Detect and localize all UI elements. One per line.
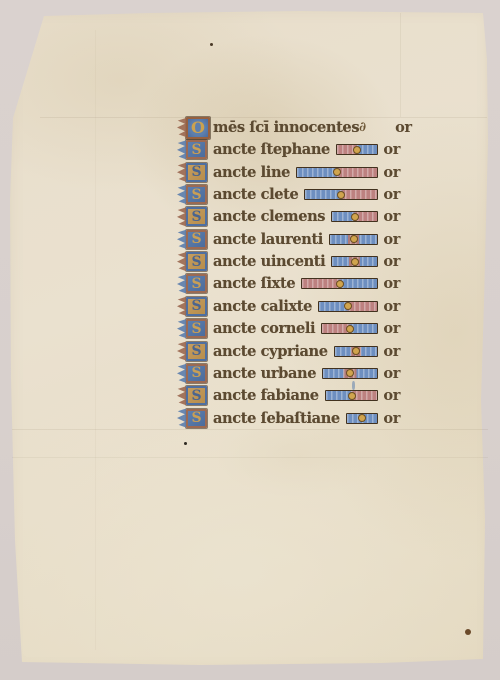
litany-line: S ancte clete or: [177, 184, 400, 205]
initial-letter: S: [191, 277, 201, 291]
or-abbreviation: or: [383, 387, 400, 404]
photo-mat-background: O mēs ſcī innocentes ∂ or S ancte ſtepha…: [0, 0, 500, 680]
illuminated-initial: S: [177, 252, 211, 271]
initial-letter: S: [191, 322, 201, 336]
illuminated-initial: S: [177, 140, 211, 159]
litany-line: S ancte cypriane or: [177, 341, 400, 362]
litany-text: ancte ſebaſtiane: [213, 410, 340, 427]
litany-text: ancte cypriane: [213, 343, 328, 360]
initial-letter: S: [191, 366, 201, 380]
initial-letter: S: [191, 232, 201, 246]
or-abbreviation: or: [395, 119, 412, 136]
line-filler-bar: [304, 189, 378, 200]
illuminated-initial: S: [177, 409, 211, 428]
litany-line: S ancte ſebaſtiane or: [177, 408, 400, 429]
penwork-flourish-icon: [177, 274, 186, 293]
illuminated-initial: S: [177, 230, 211, 249]
illuminated-initial: S: [177, 163, 211, 182]
initial-box: S: [186, 230, 207, 249]
line-filler-bar: [331, 256, 378, 267]
illuminated-initial: S: [177, 297, 211, 316]
or-abbreviation: or: [383, 298, 400, 315]
initial-box: S: [186, 386, 207, 405]
initial-box: S: [186, 409, 207, 428]
litany-text: ancte uincenti: [213, 253, 325, 270]
litany-text: ancte corneli: [213, 320, 315, 337]
line-filler-bar: [346, 413, 379, 424]
litany-line: S ancte calixte or: [177, 296, 400, 317]
litany-line: S ancte laurenti or: [177, 229, 400, 250]
or-abbreviation: or: [383, 320, 400, 337]
or-abbreviation: or: [383, 164, 400, 181]
line-filler-bar: [325, 390, 379, 401]
penwork-flourish-icon: [177, 364, 186, 383]
initial-letter: S: [191, 344, 201, 358]
initial-letter: S: [191, 389, 201, 403]
ink-speck: [184, 442, 187, 445]
litany-line: S ancte clemens or: [177, 206, 400, 227]
initial-letter: S: [191, 165, 201, 179]
illuminated-initial: S: [177, 386, 211, 405]
litany-text: ancte line: [213, 164, 290, 181]
litany-line: O mēs ſcī innocentes ∂ or: [177, 117, 400, 138]
litany-text: ancte laurenti: [213, 231, 323, 248]
penwork-flourish-icon: [177, 409, 186, 428]
or-abbreviation: or: [383, 208, 400, 225]
initial-letter: S: [191, 299, 201, 313]
initial-box: S: [186, 297, 207, 316]
line-filler-bar: [376, 122, 390, 133]
litany-line: S ancte fabiane or: [177, 385, 400, 406]
penwork-flourish-icon: [177, 319, 186, 338]
line-filler-bar: [301, 278, 378, 289]
litany-line: S ancte ſixte or: [177, 273, 400, 294]
or-abbreviation: or: [383, 365, 400, 382]
illuminated-initial: S: [177, 364, 211, 383]
initial-letter: S: [191, 143, 201, 157]
litany-text: mēs ſcī innocentes: [213, 119, 359, 136]
initial-letter: S: [191, 210, 201, 224]
litany-text: ancte clemens: [213, 208, 325, 225]
initial-box: S: [186, 274, 207, 293]
illuminated-initial: O: [177, 117, 211, 139]
or-abbreviation: or: [383, 231, 400, 248]
penwork-flourish-icon: [177, 230, 186, 249]
litany-text: ancte calixte: [213, 298, 312, 315]
initial-box: S: [186, 140, 207, 159]
litany-line: S ancte urbane or: [177, 363, 400, 384]
line-filler-bar: [331, 211, 378, 222]
or-abbreviation: or: [383, 275, 400, 292]
line-filler-bar: [322, 368, 378, 379]
illuminated-initial: S: [177, 342, 211, 361]
litany-line: S ancte line or: [177, 162, 400, 183]
separator-mark: ∂: [359, 120, 370, 135]
penwork-flourish-icon: [177, 207, 186, 226]
initial-box: S: [186, 207, 207, 226]
penwork-flourish-icon: [177, 163, 186, 182]
or-abbreviation: or: [383, 186, 400, 203]
initial-letter: S: [191, 255, 201, 269]
litany-line: S ancte corneli or: [177, 318, 400, 339]
litany-line: S ancte uincenti or: [177, 251, 400, 272]
ink-speck: [210, 43, 213, 46]
line-filler-bar: [329, 234, 378, 245]
or-abbreviation: or: [383, 410, 400, 427]
penwork-flourish-icon: [177, 386, 186, 405]
initial-letter: S: [191, 411, 201, 425]
or-abbreviation: or: [383, 343, 400, 360]
penwork-flourish-icon: [177, 140, 186, 159]
litany-line: S ancte ſtephane or: [177, 139, 400, 160]
initial-box: S: [186, 163, 207, 182]
or-abbreviation: or: [383, 253, 400, 270]
penwork-flourish-icon: [177, 297, 186, 316]
penwork-flourish-icon: [177, 185, 186, 204]
initial-box: S: [186, 319, 207, 338]
line-filler-bar: [318, 301, 378, 312]
litany-text: ancte clete: [213, 186, 298, 203]
initial-box: S: [186, 364, 207, 383]
line-filler-bar: [336, 144, 378, 155]
litany-text: ancte ſixte: [213, 275, 295, 292]
penwork-flourish-icon: [177, 252, 186, 271]
illuminated-initial: S: [177, 319, 211, 338]
line-filler-bar: [321, 323, 378, 334]
initial-box: S: [186, 185, 207, 204]
initial-letter: O: [191, 120, 205, 136]
penwork-flourish-icon: [177, 118, 186, 137]
litany-text: ancte urbane: [213, 365, 316, 382]
initial-box: S: [186, 252, 207, 271]
line-filler-bar: [296, 167, 378, 178]
initial-box: S: [186, 342, 207, 361]
initial-box: O: [186, 117, 210, 139]
illuminated-initial: S: [177, 185, 211, 204]
or-abbreviation: or: [383, 141, 400, 158]
litany-text: ancte fabiane: [213, 387, 319, 404]
line-filler-bar: [334, 346, 379, 357]
ink-speck: [465, 629, 471, 635]
initial-letter: S: [191, 188, 201, 202]
illuminated-initial: S: [177, 207, 211, 226]
penwork-flourish-icon: [177, 342, 186, 361]
litany-text: ancte ſtephane: [213, 141, 330, 158]
illuminated-initial: S: [177, 274, 211, 293]
